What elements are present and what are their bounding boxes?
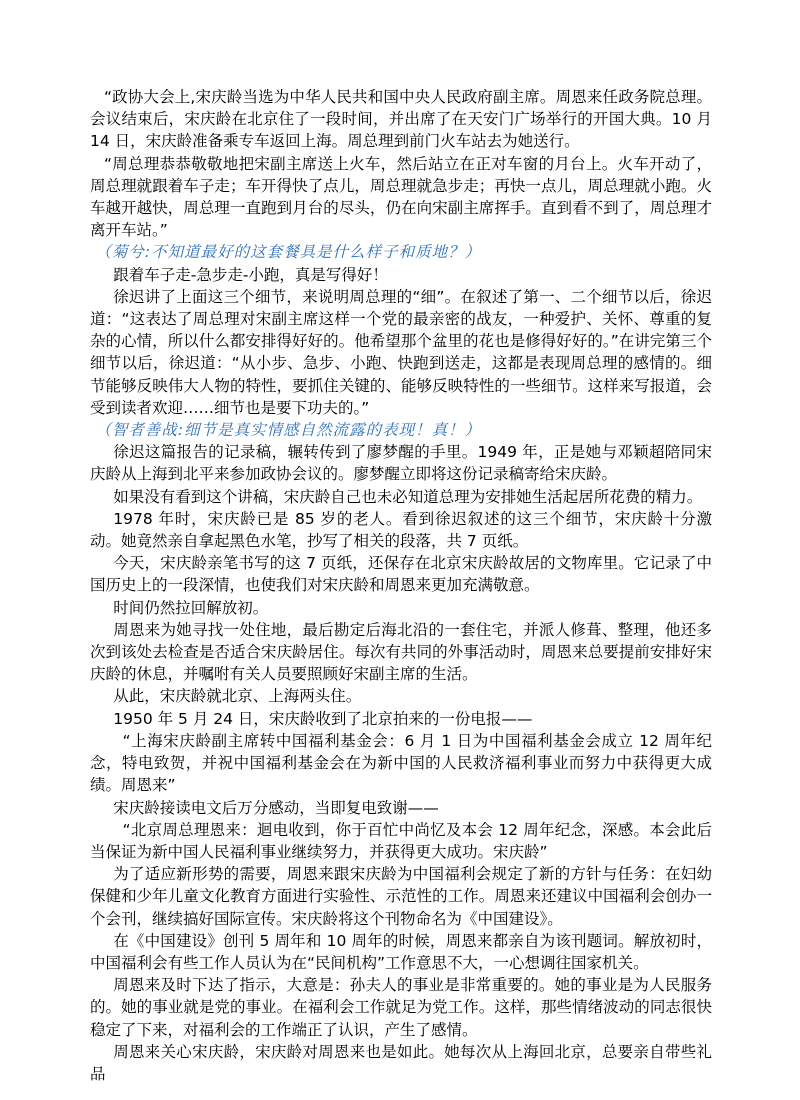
paragraph: 1950 年 5 月 24 日，宋庆龄收到了北京拍来的一份电报—— bbox=[90, 708, 712, 730]
paragraph: 周恩来及时下达了指示，大意是：孙夫人的事业是非常重要的。她的事业是为人民服务的。… bbox=[90, 974, 712, 1041]
paragraph: 周恩来关心宋庆龄，宋庆龄对周恩来也是如此。她每次从上海回北京，总要亲自带些礼品 bbox=[90, 1041, 712, 1085]
paragraph: 在《中国建设》创刊 5 周年和 10 周年的时候，周恩来都亲自为该刊题词。解放初… bbox=[90, 930, 712, 974]
telegram-paragraph: “上海宋庆龄副主席转中国福利基金会：6 月 1 日为中国福利基金会成立 12 周… bbox=[90, 730, 712, 797]
paragraph: 跟着车子走-急步走-小跑，真是写得好！ bbox=[90, 264, 712, 286]
paragraph: 宋庆龄接读电文后万分感动，当即复电致谢—— bbox=[90, 797, 712, 819]
paragraph: 1978 年时，宋庆龄已是 85 岁的老人。看到徐迟叙述的这三个细节，宋庆龄十分… bbox=[90, 508, 712, 552]
paragraph: 徐迟这篇报告的记录稿，辗转传到了廖梦醒的手里。1949 年，正是她与邓颖超陪同宋… bbox=[90, 441, 712, 485]
paragraph: 如果没有看到这个讲稿，宋庆龄自己也未必知道总理为安排她生活起居所花费的精力。 bbox=[90, 486, 712, 508]
paragraph: 从此，宋庆龄就北京、上海两头住。 bbox=[90, 685, 712, 707]
document-page: { "page": { "background_color": "#ffffff… bbox=[0, 0, 800, 1100]
paragraph: “周总理恭恭敬敬地把宋副主席送上火车，然后站立在正对车窗的月台上。火车开动了，周… bbox=[90, 153, 712, 242]
paragraph: 今天，宋庆龄亲笔书写的这 7 页纸，还保存在北京宋庆龄故居的文物库里。它记录了中… bbox=[90, 552, 712, 596]
paragraph: 时间仍然拉回解放初。 bbox=[90, 597, 712, 619]
paragraph: “政协大会上,宋庆龄当选为中华人民共和国中央人民政府副主席。周恩来任政务院总理。… bbox=[90, 86, 712, 153]
paragraph: 徐迟讲了上面这三个细节，来说明周总理的“细”。在叙述了第一、二个细节以后，徐迟道… bbox=[90, 286, 712, 419]
reader-annotation: （智者善战:细节是真实情感自然流露的表现！真！） bbox=[90, 419, 712, 441]
telegram-paragraph: “北京周总理恩来：迴电收到，你于百忙中尚忆及本会 12 周年纪念，深感。本会此后… bbox=[90, 819, 712, 863]
reader-annotation: （菊兮:不知道最好的这套餐具是什么样子和质地？） bbox=[90, 241, 712, 263]
document-body: “政协大会上,宋庆龄当选为中华人民共和国中央人民政府副主席。周恩来任政务院总理。… bbox=[90, 86, 712, 1085]
paragraph: 为了适应新形势的需要，周恩来跟宋庆龄为中国福利会规定了新的方针与任务：在妇幼保健… bbox=[90, 863, 712, 930]
paragraph: 周恩来为她寻找一处住地，最后勘定后海北沿的一套住宅，并派人修葺、整理，他还多次到… bbox=[90, 619, 712, 686]
